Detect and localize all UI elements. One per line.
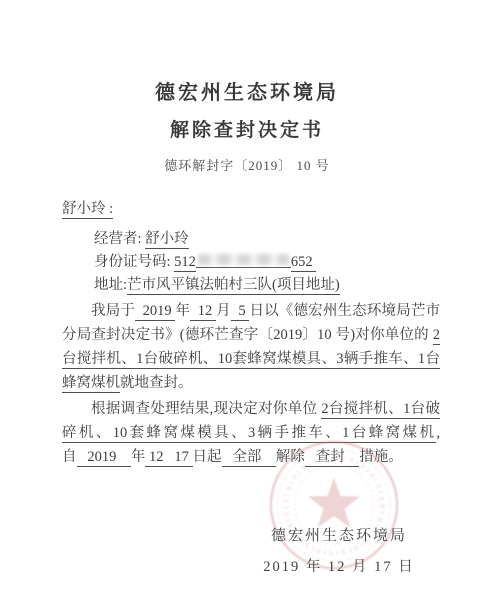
- text-segment: 月: [216, 303, 231, 319]
- id-number-redacted: [196, 253, 291, 268]
- address-label: 地址:: [94, 277, 127, 293]
- signature-date: 2019 年 12 月 17 日: [234, 555, 444, 576]
- document-page: 德宏州生态环境局 解除查封决定书 德环解封字〔2019〕 10 号 舒小玲 : …: [0, 0, 494, 600]
- id-number-label: 身份证号码:: [94, 254, 174, 270]
- recipient-name: 舒小玲 :: [62, 201, 113, 219]
- text-segment: 根据调查处理结果,现决定对你单位: [91, 401, 321, 417]
- document-header: 德宏州生态环境局 解除查封决定书 德环解封字〔2019〕 10 号: [0, 0, 494, 174]
- text-segment: 日起: [193, 449, 222, 465]
- text-segment: 我局于: [91, 303, 135, 319]
- document-type-title: 解除查封决定书: [0, 115, 494, 142]
- seizure-paragraph: 我局于 2019 年 12 月 5 日以《德宏州生态环境局芒市分局查封决定书》(…: [62, 299, 440, 395]
- operator-label: 经营者:: [94, 231, 145, 247]
- signature-block: 德宏州生态环境局 2019 年 12 月 17 日: [234, 524, 444, 576]
- text-segment: 年: [131, 449, 146, 465]
- text-segment: 年: [175, 303, 190, 319]
- seizure-day: 5: [231, 303, 250, 321]
- address-line: 地址:芒市风平镇法帕村三队(项目地址): [94, 274, 440, 297]
- seizure-year: 2019: [135, 303, 175, 321]
- release-year: 2019: [77, 449, 131, 467]
- address-value: 芒市风平镇法帕村三队(项目地址): [127, 277, 340, 295]
- recipient-salutation: 舒小玲 :: [62, 198, 440, 221]
- id-number-prefix: 512: [174, 254, 196, 272]
- release-month: 12: [145, 449, 167, 467]
- seizure-month: 12: [190, 303, 216, 321]
- document-number: 德环解封字〔2019〕 10 号: [0, 155, 494, 174]
- operator-line: 经营者: 舒小玲: [94, 228, 440, 251]
- id-number-line: 身份证号码: 512652: [94, 251, 440, 274]
- document-body: 舒小玲 : 经营者: 舒小玲 身份证号码: 512652 地址:芒市风平镇法帕村…: [0, 174, 494, 469]
- release-day: 17: [167, 449, 192, 467]
- signature-agency: 德宏州生态环境局: [234, 524, 444, 545]
- agency-title: 德宏州生态环境局: [0, 76, 494, 105]
- operator-value: 舒小玲: [145, 231, 189, 249]
- id-number-suffix: 652: [291, 254, 316, 272]
- text-segment: 就地查封。: [120, 375, 193, 391]
